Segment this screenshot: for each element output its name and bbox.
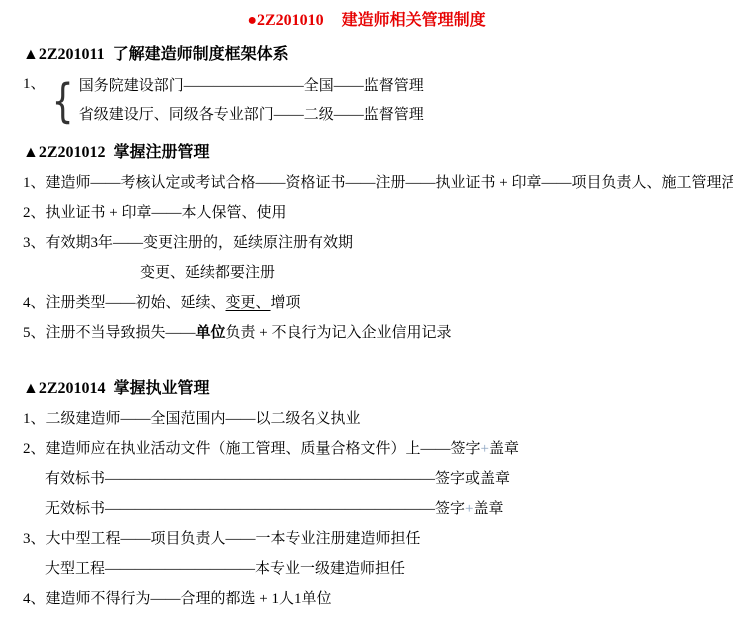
note-line: 3、大中型工程——项目负责人——一本专业注册建造师担任 xyxy=(23,529,733,550)
line-segment: 无效标书——————————————————————签字 xyxy=(45,501,465,517)
title-bullet-icon: ● xyxy=(247,12,257,29)
note-line: 1、建造师——考核认定或考试合格——资格证书——注册——执业证书 + 印章——项… xyxy=(23,173,733,194)
line-segment: 2、建造师应在执业活动文件（施工管理、质量合格文件）上——签字 xyxy=(23,441,481,457)
line-segment: 增项 xyxy=(271,295,301,311)
triangle-marker-icon: ▲ xyxy=(23,144,39,161)
section-title: 掌握执业管理 xyxy=(114,380,210,397)
triangle-marker-icon: ▲ xyxy=(23,46,39,63)
section-heading-2z201014: ▲2Z201014掌握执业管理 xyxy=(23,378,733,400)
line-segment: 盖章 xyxy=(489,441,519,457)
note-line: 有效标书——————————————————————签字或盖章 xyxy=(45,469,733,490)
section-code: 2Z201011 xyxy=(39,46,105,63)
section-title: 掌握注册管理 xyxy=(114,144,210,161)
section-title: 了解建造师制度框架体系 xyxy=(113,46,289,63)
note-line: 4、建造师不得行为——合理的都选 + 1人1单位 xyxy=(23,589,733,610)
plus-sign: + xyxy=(481,441,489,457)
line-segment: 负责 + 不良行为记入企业信用记录 xyxy=(226,325,452,341)
item-number: 1、 xyxy=(23,72,46,96)
note-line: 3、有效期3年——变更注册的，延续原注册有效期 xyxy=(23,233,733,254)
note-line: 1、二级建造师——全国范围内——以二级名义执业 xyxy=(23,409,733,430)
title-text: 建造师相关管理制度 xyxy=(342,12,486,29)
note-line: 5、注册不当导致损失——单位负责 + 不良行为记入企业信用记录 xyxy=(23,323,733,344)
left-brace-icon: { xyxy=(51,75,73,127)
section-code: 2Z201012 xyxy=(39,144,106,161)
framework-item-1: 1、 { 国务院建设部门————————全国——监督管理 省级建设厅、同级各专业… xyxy=(23,72,733,130)
bold-segment: 单位 xyxy=(196,325,226,341)
note-line: 4、注册类型——初始、延续、变更、增项 xyxy=(23,293,733,314)
title-code: 2Z201010 xyxy=(257,12,324,29)
line-segment: 盖章 xyxy=(473,501,503,517)
note-line: 省级建设厅、同级各专业部门——二级——监督管理 xyxy=(79,101,424,130)
page-title: ●2Z201010建造师相关管理制度 xyxy=(0,10,733,32)
section-heading-2z201012: ▲2Z201012掌握注册管理 xyxy=(23,142,733,164)
underlined-segment: 变更、 xyxy=(226,295,271,311)
note-line: 无效标书——————————————————————签字+盖章 xyxy=(45,499,733,520)
document-page: ●2Z201010建造师相关管理制度 ▲2Z201011了解建造师制度框架体系 … xyxy=(0,0,733,622)
section-heading-2z201011: ▲2Z201011了解建造师制度框架体系 xyxy=(23,44,733,66)
note-line: 2、建造师应在执业活动文件（施工管理、质量合格文件）上——签字+盖章 xyxy=(23,439,733,460)
note-line: 2、执业证书 + 印章——本人保管、使用 xyxy=(23,203,733,224)
note-line: 变更、延续都要注册 xyxy=(140,263,733,284)
section-spacer xyxy=(0,344,733,366)
triangle-marker-icon: ▲ xyxy=(23,380,39,397)
note-line: 国务院建设部门————————全国——监督管理 xyxy=(79,72,424,101)
section-code: 2Z201014 xyxy=(39,380,106,397)
note-line: 大型工程——————————本专业一级建造师担任 xyxy=(45,559,733,580)
brace-content: 国务院建设部门————————全国——监督管理 省级建设厅、同级各专业部门——二… xyxy=(79,72,424,130)
line-segment: 5、注册不当导致损失—— xyxy=(23,325,196,341)
line-segment: 4、注册类型——初始、延续、 xyxy=(23,295,226,311)
